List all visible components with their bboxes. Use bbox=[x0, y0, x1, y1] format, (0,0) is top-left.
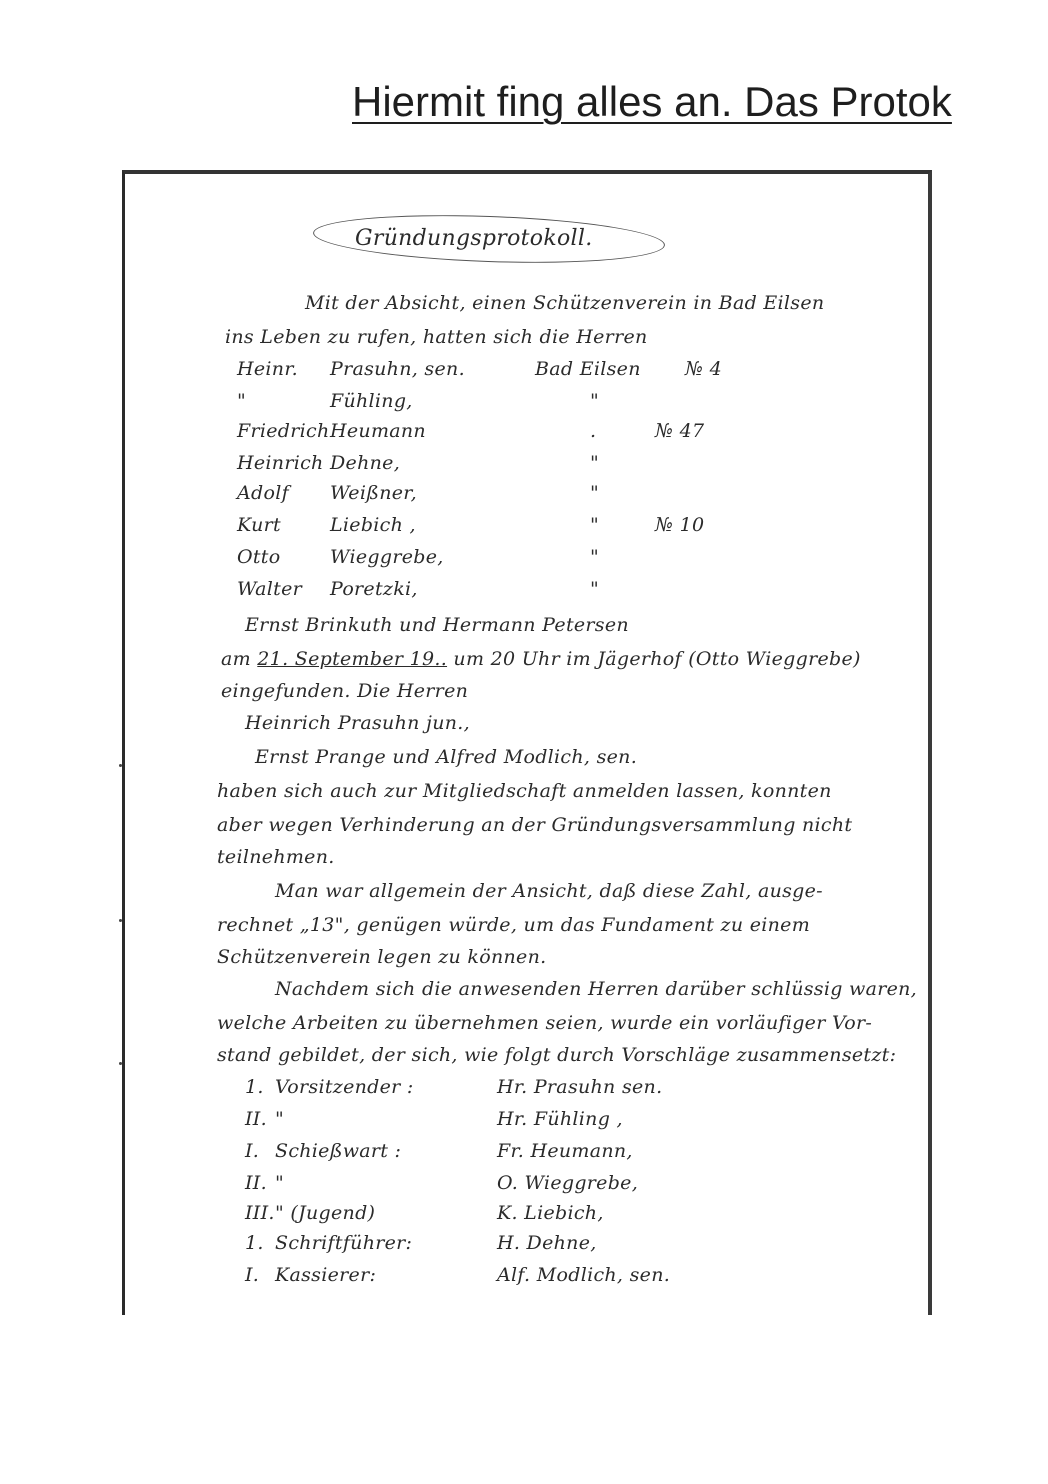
board-member-name: K. Liebich, bbox=[497, 1202, 604, 1224]
mid-line-5: aber wegen Verhinderung an der Gründungs… bbox=[217, 814, 852, 836]
mid-line-6: teilnehmen. bbox=[217, 846, 335, 868]
mid-line-3: Ernst Prange und Alfred Modlich, sen. bbox=[255, 746, 637, 768]
board-role: Vorsitzender : bbox=[275, 1076, 414, 1098]
date-rest: um 20 Uhr im Jägerhof (Otto Wieggrebe) bbox=[453, 648, 860, 670]
founder-first-name: Kurt bbox=[237, 514, 281, 536]
founder-place: Bad Eilsen bbox=[535, 358, 641, 380]
board-role: " (Jugend) bbox=[275, 1202, 375, 1224]
founder-last-name: Wieggrebe, bbox=[330, 546, 444, 568]
scan-speck bbox=[119, 764, 122, 767]
board-position-number: 1. bbox=[245, 1076, 264, 1098]
founder-last-name: Weißner, bbox=[330, 482, 417, 504]
intro-line-2: ins Leben zu rufen, hatten sich die Herr… bbox=[225, 326, 648, 348]
founder-first-name: Heinrich bbox=[237, 452, 324, 474]
founder-last-name: Prasuhn, sen. bbox=[330, 358, 465, 380]
founder-first-name: Walter bbox=[237, 578, 302, 600]
board-member-name: Hr. Fühling , bbox=[497, 1108, 623, 1130]
founder-last-name: Fühling, bbox=[330, 390, 413, 412]
board-role: Schießwart : bbox=[275, 1140, 401, 1162]
board-role: Kassierer: bbox=[275, 1264, 376, 1286]
scan-speck bbox=[119, 919, 122, 922]
board-role: Schriftführer: bbox=[275, 1232, 412, 1254]
mid-line-1: eingefunden. Die Herren bbox=[221, 680, 468, 702]
founder-place: " bbox=[590, 482, 599, 504]
founder-place: " bbox=[590, 390, 599, 412]
founder-place: . bbox=[590, 420, 596, 442]
founder-first-name: " bbox=[237, 390, 246, 412]
board-role: " bbox=[275, 1108, 284, 1130]
founder-last-name: Liebich , bbox=[330, 514, 416, 536]
founder-last-name: Dehne, bbox=[330, 452, 400, 474]
board-position-number: 1. bbox=[245, 1232, 264, 1254]
board-member-name: Hr. Prasuhn sen. bbox=[497, 1076, 662, 1098]
board-position-number: I. bbox=[245, 1264, 259, 1286]
founder-place: " bbox=[590, 546, 599, 568]
scan-speck bbox=[119, 1062, 122, 1065]
para3-line-1: Nachdem sich die anwesenden Herren darüb… bbox=[275, 978, 917, 1000]
para3-line-3: stand gebildet, der sich, wie folgt durc… bbox=[217, 1044, 896, 1066]
founder-first-name: Heinr. bbox=[237, 358, 298, 380]
founder-last-name: Heumann bbox=[330, 420, 426, 442]
founding-date: 21. September 19.. bbox=[257, 648, 447, 670]
founder-place: " bbox=[590, 452, 599, 474]
founder-place: " bbox=[590, 514, 599, 536]
intro-line-1: Mit der Absicht, einen Schützenverein in… bbox=[305, 292, 824, 314]
board-position-number: III. bbox=[245, 1202, 275, 1224]
founder-first-name: Otto bbox=[237, 546, 281, 568]
board-position-number: I. bbox=[245, 1140, 259, 1162]
board-member-name: O. Wieggrebe, bbox=[497, 1172, 638, 1194]
mid-line-4: haben sich auch zur Mitgliedschaft anmel… bbox=[217, 780, 832, 802]
founder-place: " bbox=[590, 578, 599, 600]
page-heading: Hiermit fing alles an. Das Protok bbox=[352, 78, 952, 126]
founder-house-number: № 10 bbox=[655, 514, 704, 536]
board-member-name: Fr. Heumann, bbox=[497, 1140, 633, 1162]
founder-first-name: Friedrich bbox=[237, 420, 330, 442]
founder-last-name: Poretzki, bbox=[330, 578, 418, 600]
board-member-name: H. Dehne, bbox=[497, 1232, 597, 1254]
board-position-number: II. bbox=[245, 1108, 267, 1130]
para2-line-2: rechnet „13", genügen würde, um das Fund… bbox=[217, 914, 810, 936]
mid-line-2: Heinrich Prasuhn jun., bbox=[245, 712, 470, 734]
founder-house-number: № 4 bbox=[685, 358, 722, 380]
date-line: am 21. September 19.. um 20 Uhr im Jäger… bbox=[221, 648, 861, 670]
board-role: " bbox=[275, 1172, 284, 1194]
para3-line-2: welche Arbeiten zu übernehmen seien, wur… bbox=[217, 1012, 872, 1034]
document-title: Gründungsprotokoll. bbox=[355, 226, 593, 251]
board-position-number: II. bbox=[245, 1172, 267, 1194]
para2-line-3: Schützenverein legen zu können. bbox=[217, 946, 546, 968]
founder-ernst-line: Ernst Brinkuth und Hermann Petersen bbox=[245, 614, 629, 636]
para2-line-1: Man war allgemein der Ansicht, daß diese… bbox=[275, 880, 823, 902]
scanned-protocol-page: Gründungsprotokoll. Mit der Absicht, ein… bbox=[122, 170, 932, 1315]
board-member-name: Alf. Modlich, sen. bbox=[497, 1264, 670, 1286]
founder-house-number: № 47 bbox=[655, 420, 704, 442]
founder-first-name: Adolf bbox=[237, 482, 289, 504]
date-prefix: am bbox=[221, 648, 251, 670]
